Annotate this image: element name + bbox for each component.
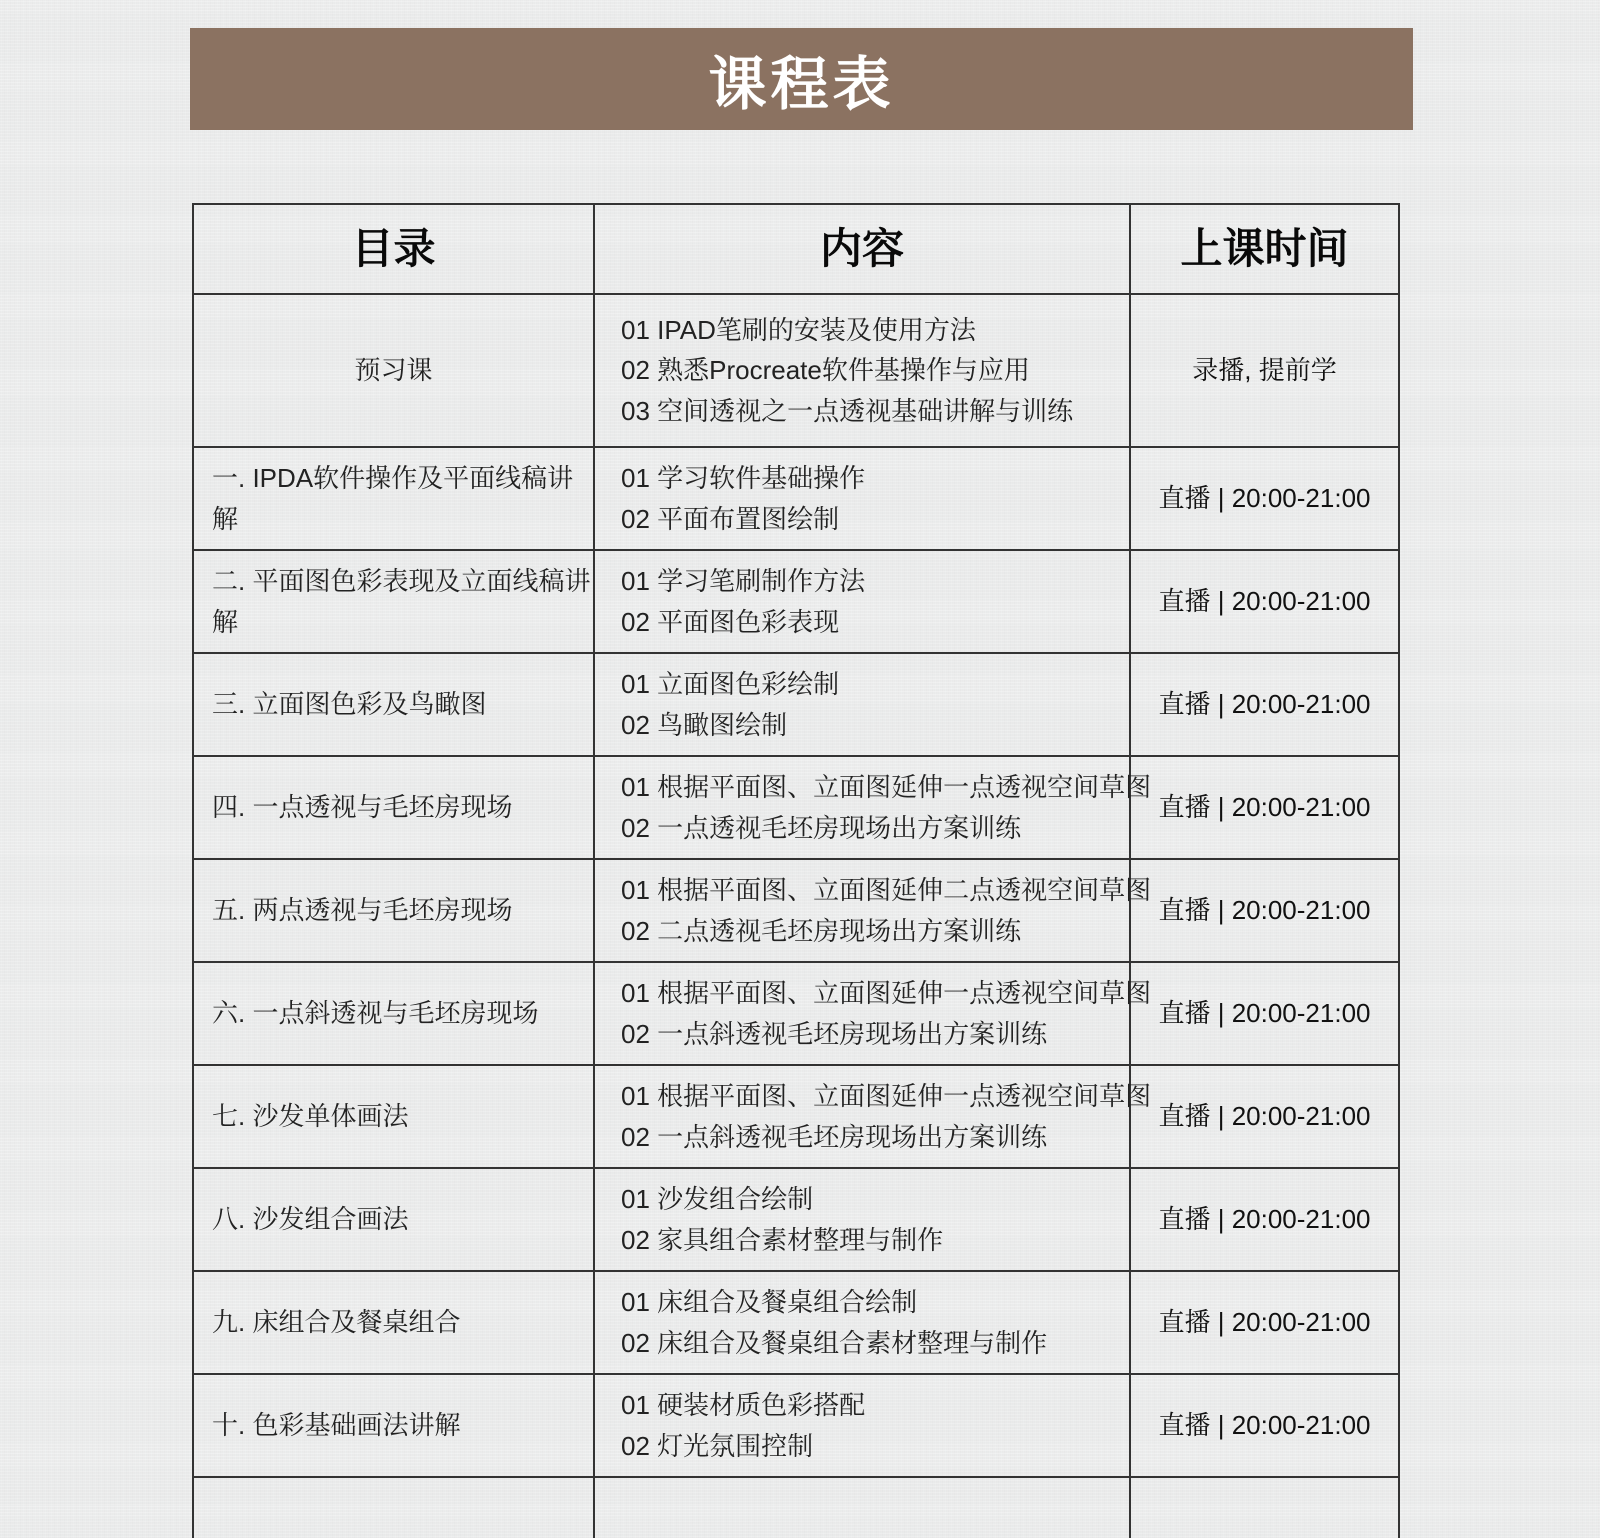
content-line: 02 熟悉Procreate软件基操作与应用 [621, 350, 1125, 390]
content-line: 01 立面图色彩绘制 [621, 664, 1125, 704]
content-line: 02 平面布置图绘制 [621, 499, 1125, 539]
header-catalog: 目录 [194, 205, 595, 293]
content-line: 02 家具组合素材整理与制作 [621, 1220, 1125, 1260]
content-cell: 01 根据平面图、立面图延伸一点透视空间草图 02 一点斜透视毛坯房现场出方案训… [595, 1066, 1131, 1167]
catalog-cell: 七. 沙发单体画法 [194, 1066, 595, 1167]
time-cell: 直播 | 20:00-21:00 [1131, 1066, 1398, 1167]
content-line: 02 二点透视毛坯房现场出方案训练 [621, 911, 1125, 951]
time-cell: 直播 | 20:00-21:00 [1131, 1272, 1398, 1373]
content-line: 01 硬装材质色彩搭配 [621, 1385, 1125, 1425]
content-line: 01 IPAD笔刷的安装及使用方法 [621, 310, 1125, 350]
header-class-time: 上课时间 [1131, 205, 1398, 293]
table-row-1: 一. IPDA软件操作及平面线稿讲解 01 学习软件基础操作 02 平面布置图绘… [194, 448, 1398, 551]
catalog-cell: 九. 床组合及餐桌组合 [194, 1272, 595, 1373]
table-row-6: 六. 一点斜透视与毛坯房现场 01 根据平面图、立面图延伸一点透视空间草图 02… [194, 963, 1398, 1066]
page-title: 课程表 [708, 37, 894, 121]
catalog-cell: 十. 色彩基础画法讲解 [194, 1375, 595, 1476]
content-line: 02 一点斜透视毛坯房现场出方案训练 [621, 1014, 1125, 1054]
table-row-11-cutoff [194, 1478, 1398, 1505]
content-cell: 01 沙发组合绘制 02 家具组合素材整理与制作 [595, 1169, 1131, 1270]
content-cell: 01 学习笔刷制作方法 02 平面图色彩表现 [595, 551, 1131, 652]
content-cell: 01 根据平面图、立面图延伸二点透视空间草图 02 二点透视毛坯房现场出方案训练 [595, 860, 1131, 961]
catalog-cell: 五. 两点透视与毛坯房现场 [194, 860, 595, 961]
content-cell: 01 床组合及餐桌组合绘制 02 床组合及餐桌组合素材整理与制作 [595, 1272, 1131, 1373]
time-cell: 直播 | 20:00-21:00 [1131, 654, 1398, 755]
table-header-row: 目录 内容 上课时间 [194, 205, 1398, 295]
content-line: 02 灯光氛围控制 [621, 1426, 1125, 1466]
table-row-7: 七. 沙发单体画法 01 根据平面图、立面图延伸一点透视空间草图 02 一点斜透… [194, 1066, 1398, 1169]
table-row-3: 三. 立面图色彩及鸟瞰图 01 立面图色彩绘制 02 鸟瞰图绘制 直播 | 20… [194, 654, 1398, 757]
time-cell: 直播 | 20:00-21:00 [1131, 1375, 1398, 1476]
table-row-4: 四. 一点透视与毛坯房现场 01 根据平面图、立面图延伸一点透视空间草图 02 … [194, 757, 1398, 860]
table-row-10: 十. 色彩基础画法讲解 01 硬装材质色彩搭配 02 灯光氛围控制 直播 | 2… [194, 1375, 1398, 1478]
catalog-cell: 二. 平面图色彩表现及立面线稿讲解 [194, 551, 595, 652]
content-line: 01 根据平面图、立面图延伸二点透视空间草图 [621, 870, 1125, 910]
time-cell: 录播, 提前学 [1131, 295, 1398, 446]
table-row-8: 八. 沙发组合画法 01 沙发组合绘制 02 家具组合素材整理与制作 直播 | … [194, 1169, 1398, 1272]
content-line: 01 学习笔刷制作方法 [621, 561, 1125, 601]
catalog-cell: 六. 一点斜透视与毛坯房现场 [194, 963, 595, 1064]
content-cell: 01 根据平面图、立面图延伸一点透视空间草图 02 一点透视毛坯房现场出方案训练 [595, 757, 1131, 858]
content-line: 02 一点透视毛坯房现场出方案训练 [621, 808, 1125, 848]
time-cell: 直播 | 20:00-21:00 [1131, 551, 1398, 652]
content-line: 02 床组合及餐桌组合素材整理与制作 [621, 1323, 1125, 1363]
time-cell: 直播 | 20:00-21:00 [1131, 963, 1398, 1064]
catalog-cell: 八. 沙发组合画法 [194, 1169, 595, 1270]
content-line: 02 一点斜透视毛坯房现场出方案训练 [621, 1117, 1125, 1157]
table-row-9: 九. 床组合及餐桌组合 01 床组合及餐桌组合绘制 02 床组合及餐桌组合素材整… [194, 1272, 1398, 1375]
title-bar: 课程表 [190, 28, 1413, 130]
content-cell: 01 硬装材质色彩搭配 02 灯光氛围控制 [595, 1375, 1131, 1476]
content-cell: 01 立面图色彩绘制 02 鸟瞰图绘制 [595, 654, 1131, 755]
content-cell: 01 IPAD笔刷的安装及使用方法 02 熟悉Procreate软件基操作与应用… [595, 295, 1131, 446]
content-line: 02 平面图色彩表现 [621, 602, 1125, 642]
content-line: 01 沙发组合绘制 [621, 1179, 1125, 1219]
content-line: 01 根据平面图、立面图延伸一点透视空间草图 [621, 1076, 1125, 1116]
table-row-preview: 预习课 01 IPAD笔刷的安装及使用方法 02 熟悉Procreate软件基操… [194, 295, 1398, 448]
catalog-cell: 预习课 [194, 295, 595, 446]
catalog-cell: 一. IPDA软件操作及平面线稿讲解 [194, 448, 595, 549]
catalog-cell: 四. 一点透视与毛坯房现场 [194, 757, 595, 858]
table-row-5: 五. 两点透视与毛坯房现场 01 根据平面图、立面图延伸二点透视空间草图 02 … [194, 860, 1398, 963]
time-cell [1131, 1478, 1398, 1505]
content-cell: 01 学习软件基础操作 02 平面布置图绘制 [595, 448, 1131, 549]
content-cell: 01 根据平面图、立面图延伸一点透视空间草图 02 一点斜透视毛坯房现场出方案训… [595, 963, 1131, 1064]
catalog-cell: 三. 立面图色彩及鸟瞰图 [194, 654, 595, 755]
time-cell: 直播 | 20:00-21:00 [1131, 448, 1398, 549]
time-cell: 直播 | 20:00-21:00 [1131, 757, 1398, 858]
content-cell [595, 1478, 1131, 1505]
content-line: 01 床组合及餐桌组合绘制 [621, 1282, 1125, 1322]
content-line: 03 空间透视之一点透视基础讲解与训练 [621, 391, 1125, 431]
catalog-cell [194, 1478, 595, 1505]
time-cell: 直播 | 20:00-21:00 [1131, 1169, 1398, 1270]
schedule-table: 目录 内容 上课时间 预习课 01 IPAD笔刷的安装及使用方法 02 熟悉Pr… [192, 203, 1400, 1505]
header-content: 内容 [595, 205, 1131, 293]
content-line: 02 鸟瞰图绘制 [621, 705, 1125, 745]
content-line: 01 学习软件基础操作 [621, 458, 1125, 498]
time-cell: 直播 | 20:00-21:00 [1131, 860, 1398, 961]
content-line: 01 根据平面图、立面图延伸一点透视空间草图 [621, 973, 1125, 1013]
table-row-2: 二. 平面图色彩表现及立面线稿讲解 01 学习笔刷制作方法 02 平面图色彩表现… [194, 551, 1398, 654]
content-line: 01 根据平面图、立面图延伸一点透视空间草图 [621, 767, 1125, 807]
